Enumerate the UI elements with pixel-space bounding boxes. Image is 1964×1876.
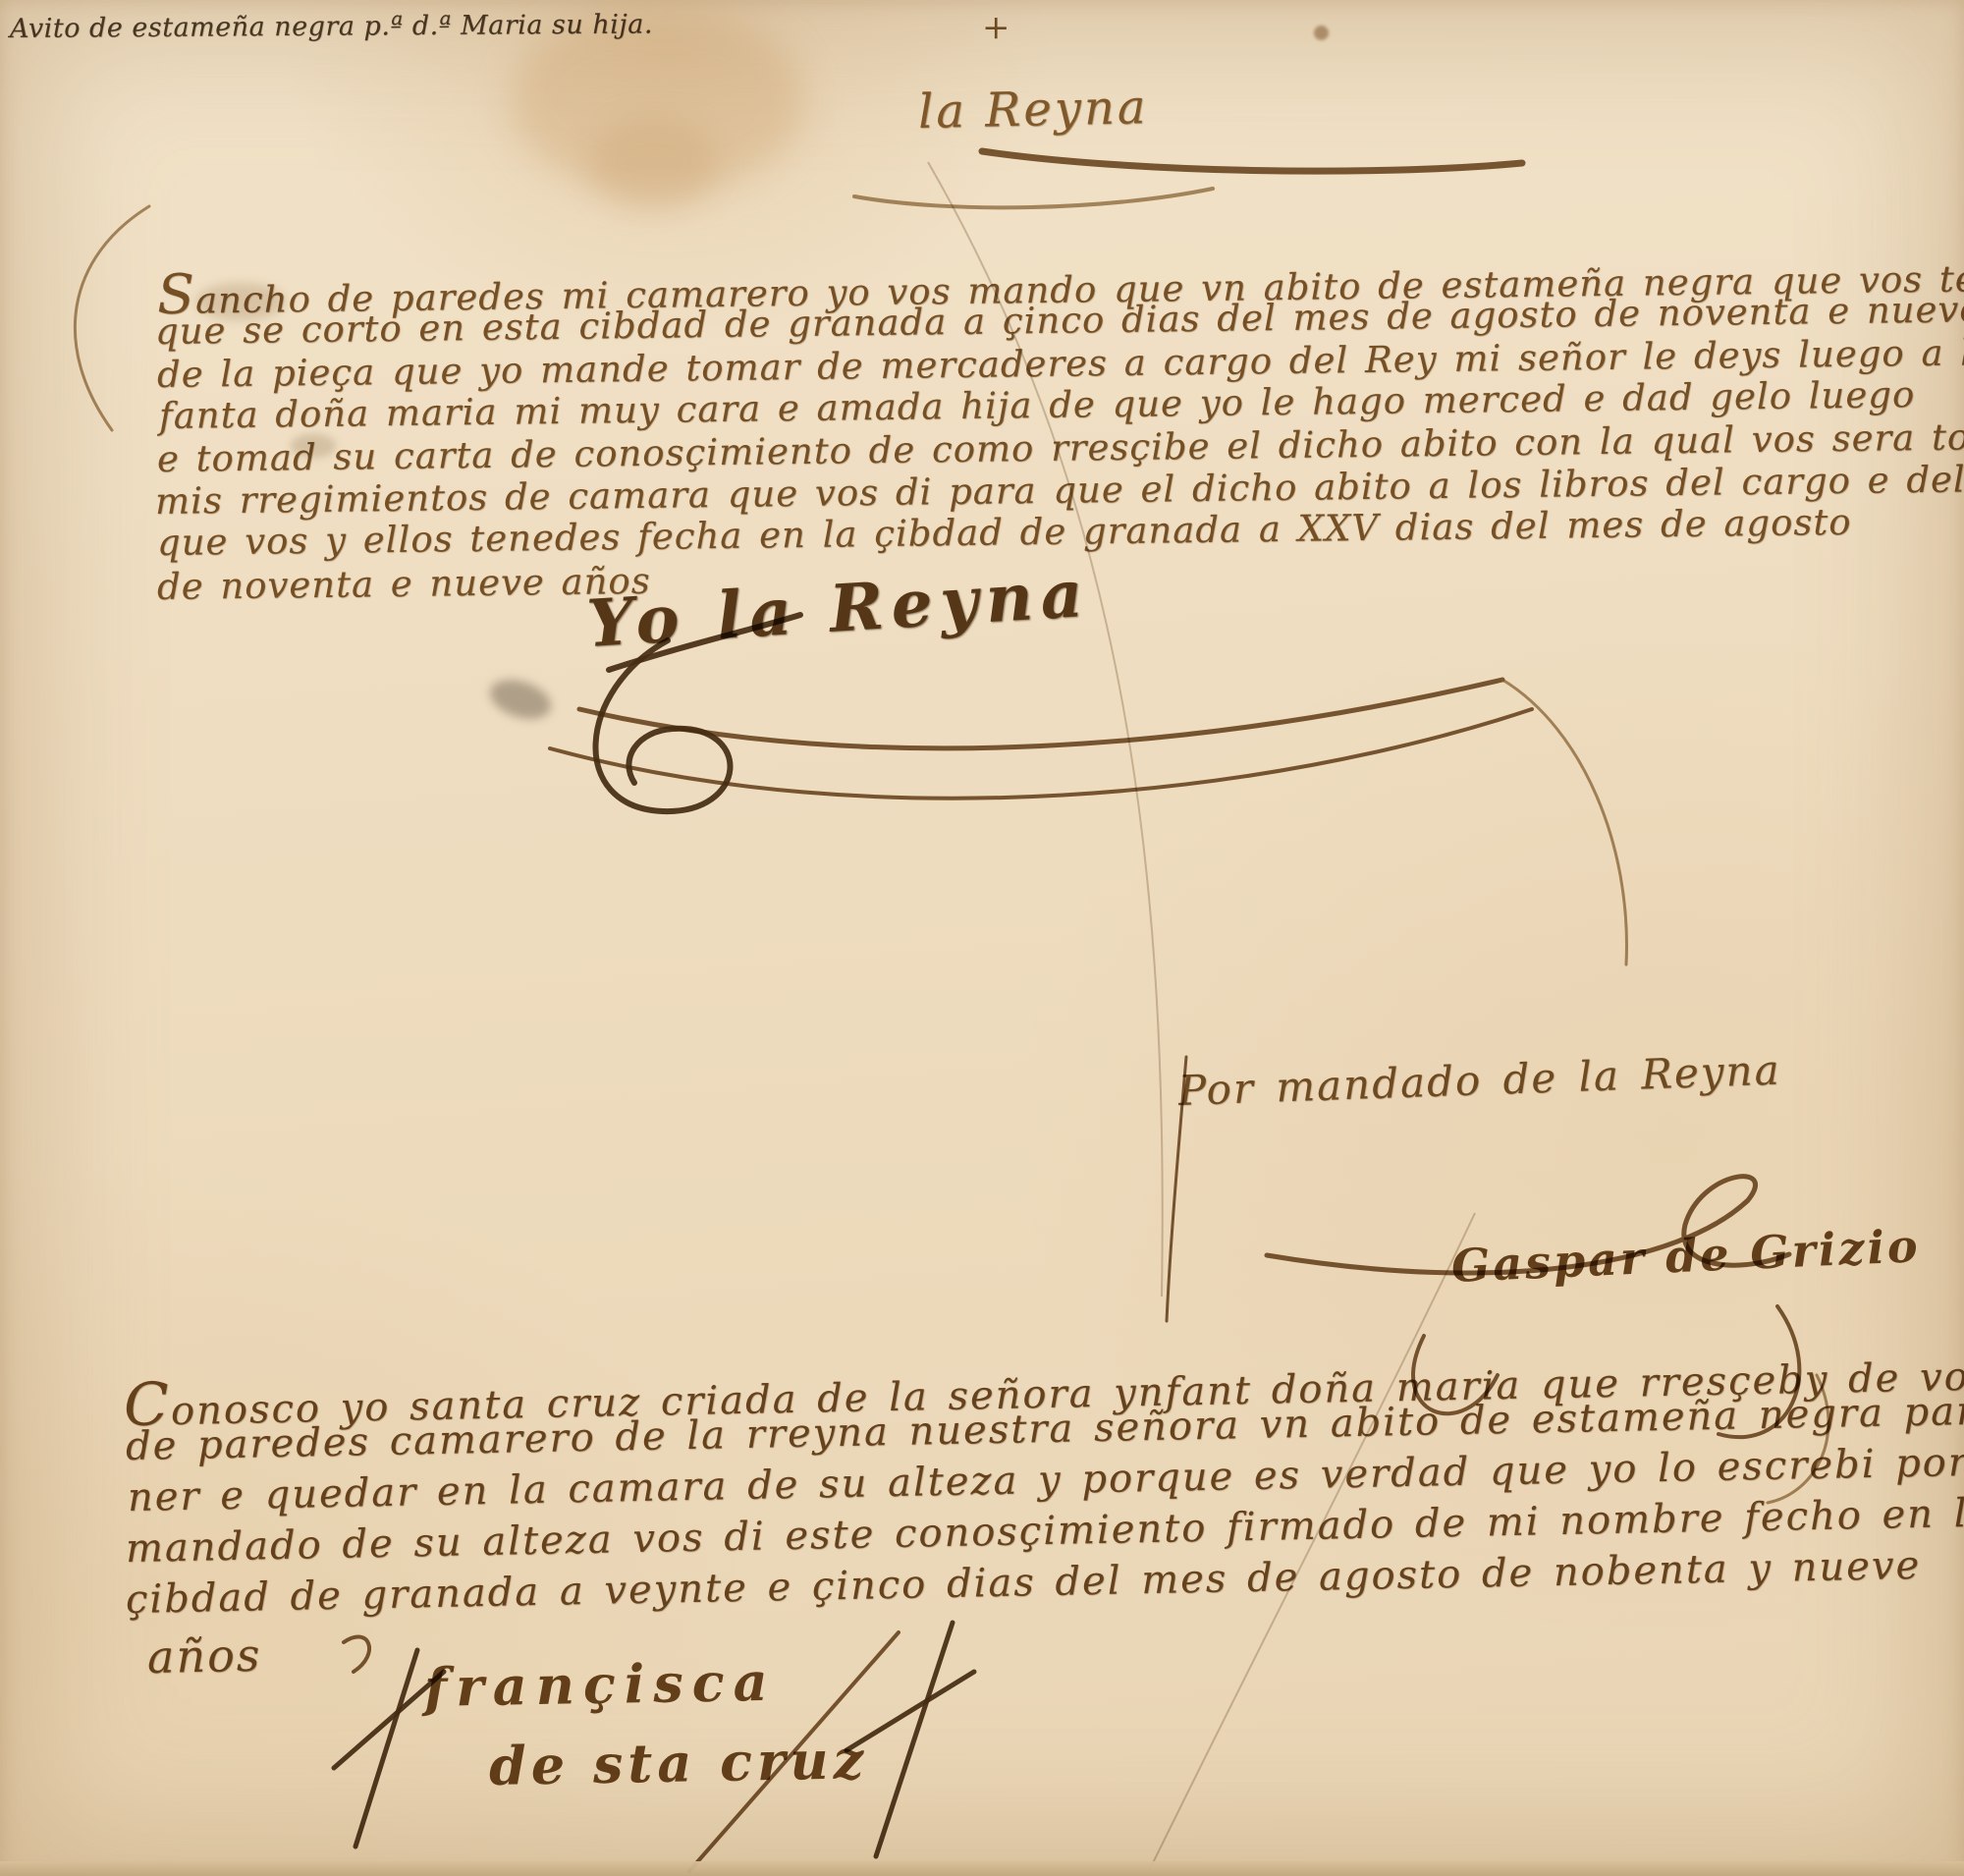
cross-mark: + — [982, 8, 1010, 47]
receipt-line: años — [146, 1628, 261, 1683]
receipt-signature-name: françisca — [423, 1650, 777, 1719]
paper-stain — [589, 118, 717, 211]
manuscript-photo: Avito de estameña negra p.ª d.ª Maria su… — [0, 0, 1964, 1876]
receipt-signature-surname: de sta cruz — [488, 1728, 868, 1797]
photo-bottom-edge — [0, 1861, 1964, 1876]
paper-stain — [1314, 26, 1329, 40]
heading-underline-flourish — [835, 118, 1542, 226]
archival-annotation: Avito de estameña negra p.ª d.ª Maria su… — [10, 9, 653, 44]
line-end-flourish — [344, 1636, 369, 1672]
